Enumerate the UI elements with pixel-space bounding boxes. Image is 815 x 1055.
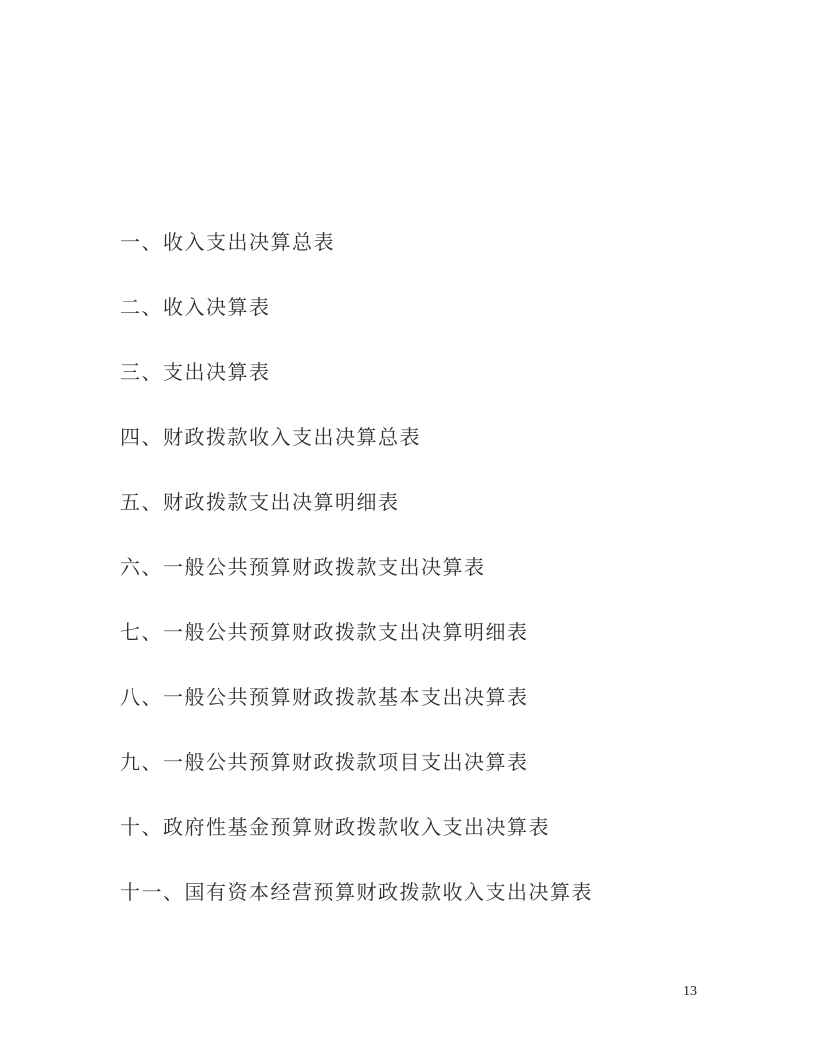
toc-item: 四、财政拨款收入支出决算总表	[120, 403, 735, 468]
document-page: 一、收入支出决算总表 二、收入决算表 三、支出决算表 四、财政拨款收入支出决算总…	[0, 0, 815, 1055]
toc-item: 十一、国有资本经营预算财政拨款收入支出决算表	[120, 858, 735, 923]
page-number: 13	[683, 984, 697, 1000]
toc-item: 一、收入支出决算总表	[120, 208, 735, 273]
toc-item: 六、一般公共预算财政拨款支出决算表	[120, 533, 735, 598]
toc-item: 二、收入决算表	[120, 273, 735, 338]
toc-item: 七、一般公共预算财政拨款支出决算明细表	[120, 598, 735, 663]
toc-item: 九、一般公共预算财政拨款项目支出决算表	[120, 728, 735, 793]
toc-item: 八、一般公共预算财政拨款基本支出决算表	[120, 663, 735, 728]
toc-item: 五、财政拨款支出决算明细表	[120, 468, 735, 533]
table-of-contents: 一、收入支出决算总表 二、收入决算表 三、支出决算表 四、财政拨款收入支出决算总…	[120, 208, 735, 923]
toc-item: 三、支出决算表	[120, 338, 735, 403]
toc-item: 十、政府性基金预算财政拨款收入支出决算表	[120, 793, 735, 858]
